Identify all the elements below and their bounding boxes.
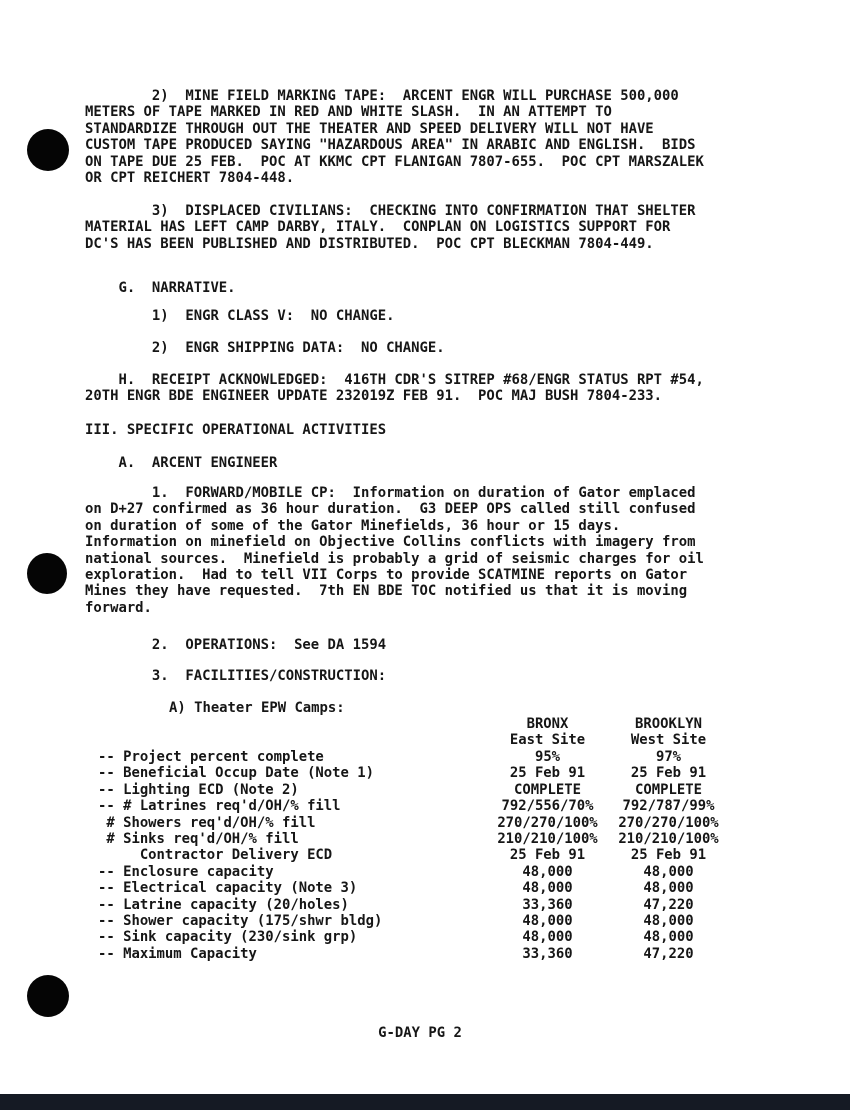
bronx-value: 792/556/70%: [480, 798, 615, 814]
bronx-value: 270/270/100%: [480, 815, 615, 831]
table-row: -- Project percent complete 95% 97%: [85, 749, 785, 765]
para-operations: 2. OPERATIONS: See DA 1594: [85, 637, 386, 653]
bronx-value: 95%: [480, 749, 615, 765]
row-label: -- Lighting ECD (Note 2): [98, 782, 299, 798]
para-displaced-civilians: 3) DISPLACED CIVILIANS: CHECKING INTO CO…: [85, 203, 696, 252]
bronx-value: COMPLETE: [480, 782, 615, 798]
bronx-value: 25 Feb 91: [480, 847, 615, 863]
brooklyn-value: 25 Feb 91: [601, 847, 736, 863]
table-row: # Showers req'd/OH/% fill 270/270/100% 2…: [85, 815, 785, 831]
table-row: -- Beneficial Occup Date (Note 1) 25 Feb…: [85, 765, 785, 781]
para-engr-shipping-data: 2) ENGR SHIPPING DATA: NO CHANGE.: [85, 340, 445, 356]
brooklyn-value: 48,000: [601, 864, 736, 880]
brooklyn-value: 48,000: [601, 913, 736, 929]
row-label: -- Project percent complete: [98, 749, 324, 765]
column-header-bronx: BRONX East Site: [480, 716, 615, 749]
epw-camps-table: BRONX East Site BROOKLYN West Site -- Pr…: [85, 716, 785, 962]
bronx-value: 33,360: [480, 946, 615, 962]
scan-edge-bar: [0, 1094, 850, 1110]
para-receipt-acknowledged: H. RECEIPT ACKNOWLEDGED: 416TH CDR'S SIT…: [85, 372, 704, 405]
table-row: # Sinks req'd/OH/% fill 210/210/100% 210…: [85, 831, 785, 847]
epw-camps-table-caption: A) Theater EPW Camps:: [169, 700, 345, 716]
bronx-value: 48,000: [480, 913, 615, 929]
heading-g-narrative: G. NARRATIVE.: [85, 280, 236, 296]
table-row: -- # Latrines req'd/OH/% fill 792/556/70…: [85, 798, 785, 814]
row-label: -- Shower capacity (175/shwr bldg): [98, 913, 382, 929]
row-label: -- Latrine capacity (20/holes): [98, 897, 349, 913]
epw-table-header: BRONX East Site BROOKLYN West Site: [85, 716, 785, 749]
row-label: # Showers req'd/OH/% fill: [98, 815, 315, 831]
para-mine-field-marking-tape: 2) MINE FIELD MARKING TAPE: ARCENT ENGR …: [85, 88, 704, 186]
column-name: BROOKLYN: [601, 716, 736, 732]
para-facilities-construction: 3. FACILITIES/CONSTRUCTION:: [85, 668, 386, 684]
page-footer: G-DAY PG 2: [0, 1025, 840, 1041]
row-label: # Sinks req'd/OH/% fill: [98, 831, 299, 847]
table-row: -- Enclosure capacity 48,000 48,000: [85, 864, 785, 880]
row-label: -- # Latrines req'd/OH/% fill: [98, 798, 341, 814]
table-row: -- Maximum Capacity 33,360 47,220: [85, 946, 785, 962]
column-site: West Site: [601, 732, 736, 748]
bronx-value: 210/210/100%: [480, 831, 615, 847]
punch-hole-icon: [27, 975, 69, 1017]
brooklyn-value: COMPLETE: [601, 782, 736, 798]
heading-specific-operational-activities: III. SPECIFIC OPERATIONAL ACTIVITIES: [85, 422, 386, 438]
bronx-value: 33,360: [480, 897, 615, 913]
row-label: -- Electrical capacity (Note 3): [98, 880, 357, 896]
row-label: -- Beneficial Occup Date (Note 1): [98, 765, 374, 781]
table-row: -- Electrical capacity (Note 3) 48,000 4…: [85, 880, 785, 896]
row-label: -- Sink capacity (230/sink grp): [98, 929, 357, 945]
bronx-value: 25 Feb 91: [480, 765, 615, 781]
column-header-brooklyn: BROOKLYN West Site: [601, 716, 736, 749]
brooklyn-value: 25 Feb 91: [601, 765, 736, 781]
brooklyn-value: 792/787/99%: [601, 798, 736, 814]
scanned-document-page: 2) MINE FIELD MARKING TAPE: ARCENT ENGR …: [0, 0, 850, 1110]
column-name: BRONX: [480, 716, 615, 732]
table-row: Contractor Delivery ECD 25 Feb 91 25 Feb…: [85, 847, 785, 863]
heading-arcent-engineer: A. ARCENT ENGINEER: [85, 455, 277, 471]
brooklyn-value: 48,000: [601, 929, 736, 945]
brooklyn-value: 47,220: [601, 897, 736, 913]
table-row: -- Latrine capacity (20/holes) 33,360 47…: [85, 897, 785, 913]
punch-hole-icon: [27, 553, 67, 594]
column-site: East Site: [480, 732, 615, 748]
bronx-value: 48,000: [480, 880, 615, 896]
row-label: -- Enclosure capacity: [98, 864, 274, 880]
brooklyn-value: 270/270/100%: [601, 815, 736, 831]
brooklyn-value: 210/210/100%: [601, 831, 736, 847]
brooklyn-value: 48,000: [601, 880, 736, 896]
brooklyn-value: 97%: [601, 749, 736, 765]
row-label: -- Maximum Capacity: [98, 946, 257, 962]
table-row: -- Lighting ECD (Note 2) COMPLETE COMPLE…: [85, 782, 785, 798]
punch-hole-icon: [27, 129, 69, 171]
bronx-value: 48,000: [480, 864, 615, 880]
table-row: -- Sink capacity (230/sink grp) 48,000 4…: [85, 929, 785, 945]
bronx-value: 48,000: [480, 929, 615, 945]
brooklyn-value: 47,220: [601, 946, 736, 962]
table-row: -- Shower capacity (175/shwr bldg) 48,00…: [85, 913, 785, 929]
para-forward-mobile-cp: 1. FORWARD/MOBILE CP: Information on dur…: [85, 485, 704, 616]
para-engr-class-v: 1) ENGR CLASS V: NO CHANGE.: [85, 308, 394, 324]
row-label: Contractor Delivery ECD: [98, 847, 332, 863]
